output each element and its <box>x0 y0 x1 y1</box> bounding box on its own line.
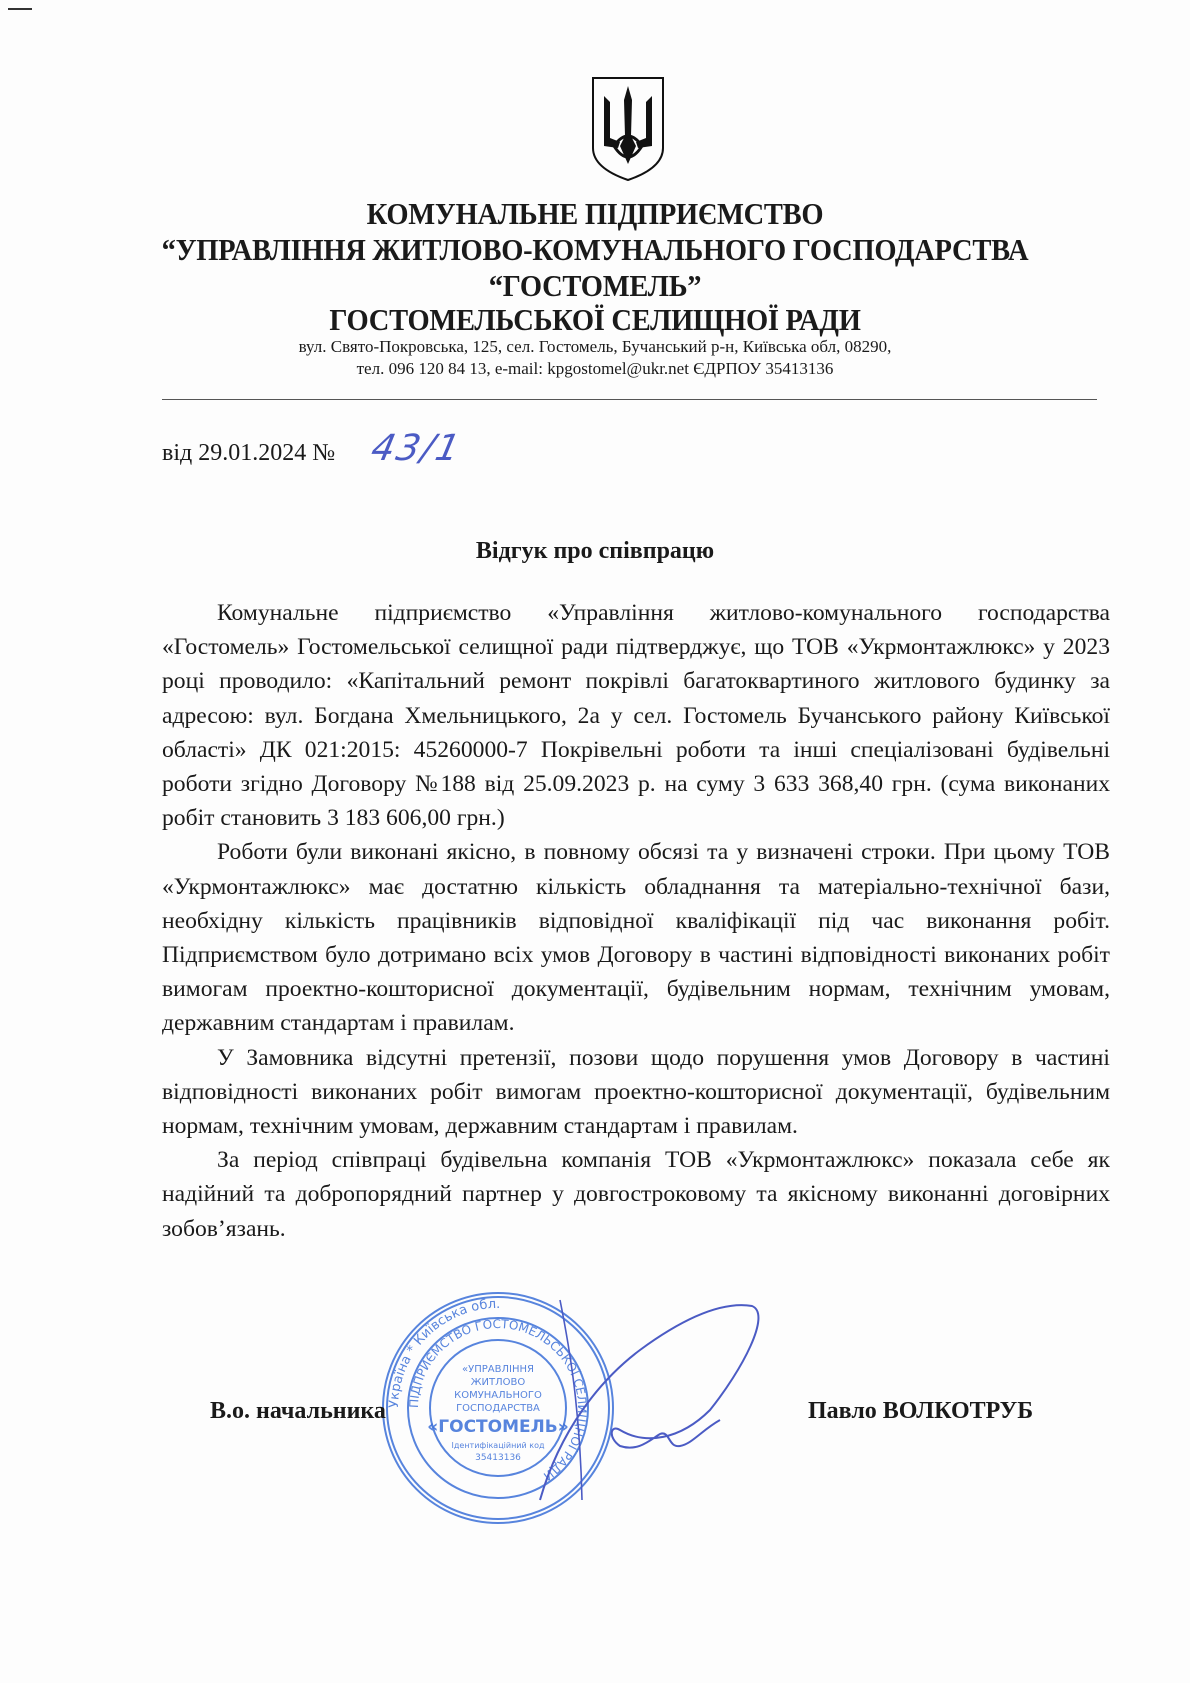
scan-corner-mark <box>8 8 32 10</box>
handwritten-signature-icon <box>520 1270 780 1510</box>
org-header-line-4: ГОСТОМЕЛЬСЬКОЇ СЕЛИЩНОЇ РАДИ <box>48 302 1143 338</box>
reference-date: від 29.01.2024 № <box>162 440 335 467</box>
paragraph: У Замовника відсутні претензії, позови щ… <box>162 1041 1110 1144</box>
letter-body: Комунальне підприємство «Управління житл… <box>162 596 1110 1246</box>
paragraph: Комунальне підприємство «Управління житл… <box>162 596 1110 835</box>
header-divider <box>162 399 1097 400</box>
signatory-name: Павло ВОЛКОТРУБ <box>808 1398 1033 1425</box>
paragraph: За період співпраці будівельна компанія … <box>162 1143 1110 1246</box>
org-header-line-2: “УПРАВЛІННЯ ЖИТЛОВО-КОМУНАЛЬНОГО ГОСПОДА… <box>48 232 1143 268</box>
paragraph: Роботи були виконані якісно, в повному о… <box>162 835 1110 1040</box>
org-header-line-1: КОМУНАЛЬНЕ ПІДПРИЄМСТВО <box>48 196 1143 232</box>
org-header-line-3: “ГОСТОМЕЛЬ” <box>48 268 1143 304</box>
signatory-position: В.о. начальника <box>210 1398 386 1425</box>
org-contacts: тел. 096 120 84 13, e-mail: kpgostomel@u… <box>0 358 1190 380</box>
handwritten-reference-number: 43/1 <box>368 428 466 469</box>
letter-page: КОМУНАЛЬНЕ ПІДПРИЄМСТВО “УПРАВЛІННЯ ЖИТЛ… <box>0 0 1190 1683</box>
tryzub-crest-icon <box>590 76 666 182</box>
svg-text:35413136: 35413136 <box>475 1453 521 1463</box>
org-address: вул. Свято-Покровська, 125, сел. Гостоме… <box>0 336 1190 358</box>
letter-title: Відгук про співпрацю <box>0 538 1190 565</box>
svg-text:ЖИТЛОВО: ЖИТЛОВО <box>471 1377 526 1388</box>
